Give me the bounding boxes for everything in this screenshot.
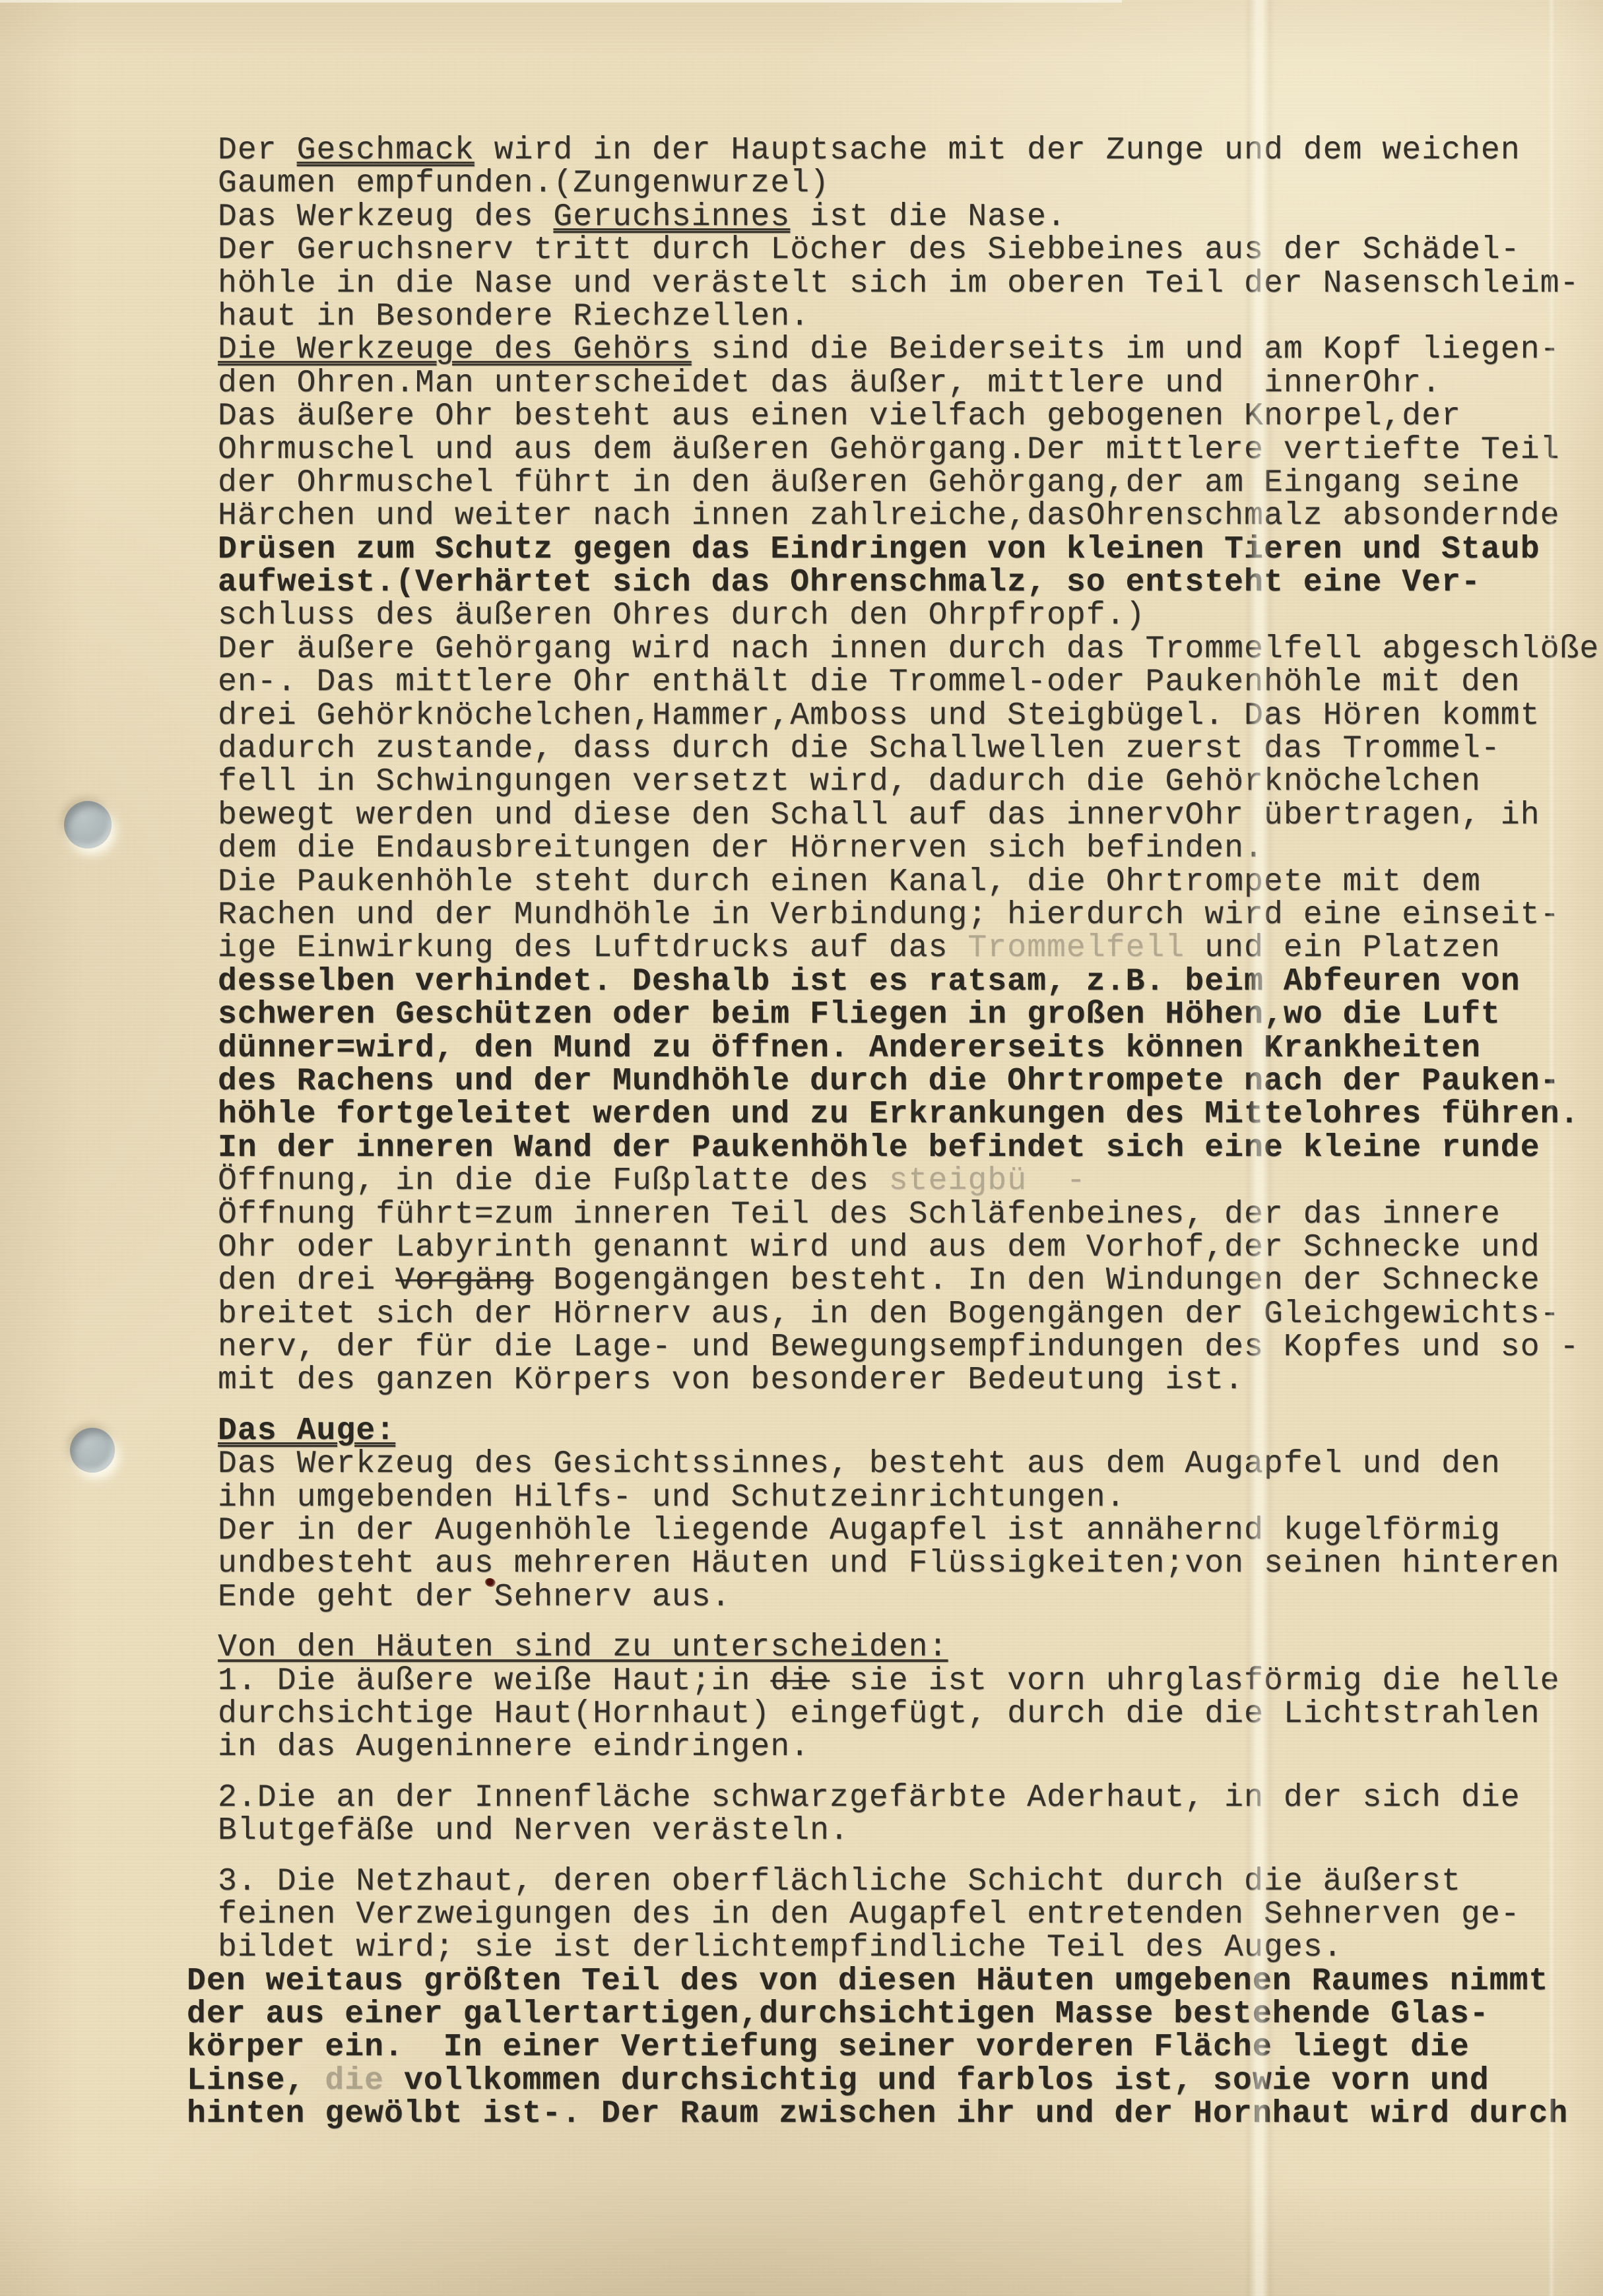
text-segment: Von den Häuten sind zu unterscheiden: [218,1630,948,1665]
text-line: Das Auge: [218,1415,1599,1448]
text-line: durchsichtige Haut(Hornhaut) eingefügt, … [218,1698,1599,1731]
text-line: der Ohrmuschel führt in den äußeren Gehö… [218,466,1599,499]
text-line: den Ohren.Man unterscheidet das äußer, m… [218,367,1599,400]
text-segment: 3. Die Netzhaut, deren oberflächliche Sc… [218,1864,1461,1899]
text-line: der aus einer gallertartigen,durchsichti… [187,1998,1599,2031]
text-line: Linse, die vollkommen durchsichtig und f… [187,2064,1599,2097]
text-line: dünner=wird, den Mund zu öffnen. Anderer… [218,1032,1599,1065]
text-segment: ige Einwirkung des Luftdrucks auf das [218,930,967,966]
paper-edge-highlight [0,0,1122,3]
text-line: ige Einwirkung des Luftdrucks auf das Tr… [218,932,1599,965]
typewritten-text: Der Geschmack wird in der Hauptsache mit… [218,134,1599,2131]
text-line: dadurch zustande, dass durch die Schallw… [218,732,1599,765]
text-segment: Das äußere Ohr besteht aus einen vielfac… [218,399,1461,434]
text-segment: in das Augeninnere eindringen. [218,1729,810,1765]
text-line: Die Werkzeuge des Gehörs sind die Beider… [218,333,1599,366]
text-line: Öffnung führt=zum inneren Teil des Schlä… [218,1198,1599,1231]
text-line: Der in der Augenhöhle liegende Augapfel … [218,1514,1599,1547]
text-segment: desselben verhindet. Deshalb ist es rats… [218,964,1521,1000]
text-segment: Rachen und der Mundhöhle in Verbindung; … [218,897,1560,933]
text-line: Öffnung, in die die Fußplatte des steigb… [218,1164,1599,1197]
text-segment: Ohrmuschel und aus dem äußeren Gehörgang… [218,432,1560,468]
text-line: Von den Häuten sind zu unterscheiden: [218,1631,1599,1664]
text-line: fell in Schwingungen versetzt wird, dadu… [218,765,1599,798]
text-segment: ihn umgebenden Hilfs- und Schutzeinricht… [218,1480,1126,1515]
text-segment: ist die Nase. [790,199,1066,235]
text-line: ihn umgebenden Hilfs- und Schutzeinricht… [218,1481,1599,1514]
text-segment: 2.Die an der Innenfläche schwarzgefärbte… [218,1780,1521,1816]
text-segment: Den weitaus größten Teil des von diesen … [187,1963,1548,1999]
text-segment: und ein Platzen [1185,930,1500,966]
text-segment: sie ist vorn uhrglasförmig die helle [830,1663,1559,1699]
text-segment: aufweist.(Verhärtet sich das Ohrenschmal… [218,565,1481,600]
text-segment: Öffnung, in die die Fußplatte des [218,1163,889,1199]
text-segment: haut in Besondere Riechzellen. [218,299,810,335]
text-line: bildet wird; sie ist derlichtempfindlich… [218,1931,1599,1964]
text-segment: Ohr oder Labyrinth genannt wird und aus … [218,1230,1540,1265]
text-line: undbesteht aus mehreren Häuten und Flüss… [218,1547,1599,1580]
text-segment: drei Gehörknöchelchen,Hammer,Amboss und … [218,698,1540,734]
text-segment: wird in der Hauptsache mit der Zunge und… [474,133,1521,168]
text-segment: Das Auge: [218,1413,395,1449]
text-line: Rachen und der Mundhöhle in Verbindung; … [218,899,1599,932]
text-line: desselben verhindet. Deshalb ist es rats… [218,965,1599,998]
text-segment: Der in der Augenhöhle liegende Augapfel … [218,1513,1501,1548]
text-segment: en-. Das mittlere Ohr enthält die Tromme… [218,664,1521,700]
text-line: hinten gewölbt ist-. Der Raum zwischen i… [187,2097,1599,2130]
text-line: Das äußere Ohr besteht aus einen vielfac… [218,400,1599,433]
text-line: Blutgefäße und Nerven verästeln. [218,1814,1599,1847]
text-segment: Der Geruchsnerv tritt durch Löcher des S… [218,232,1521,268]
text-line: Ende geht der Sehnerv aus. [218,1581,1599,1614]
text-segment: höhle in die Nase und verästelt sich im … [218,266,1579,302]
text-segment: Der äußere Gehörgang wird nach innen dur… [218,631,1599,667]
text-line: nerv, der für die Lage- und Bewegungsemp… [218,1331,1599,1364]
text-segment: körper ein. In einer Vertiefung seiner v… [187,2029,1470,2065]
text-line: Die Paukenhöhle steht durch einen Kanal,… [218,866,1599,899]
text-segment: schweren Geschützen oder beim Fliegen in… [218,997,1501,1033]
text-line: 3. Die Netzhaut, deren oberflächliche Sc… [218,1865,1599,1898]
text-segment: die [770,1663,830,1699]
text-segment: steigbü - [889,1163,1086,1199]
text-line: Das Werkzeug des Geruchsinnes ist die Na… [218,201,1599,234]
text-line: höhle in die Nase und verästelt sich im … [218,267,1599,300]
text-segment: Härchen und weiter nach innen zahlreiche… [218,498,1560,534]
text-segment: feinen Verzweigungen des in den Augapfel… [218,1897,1521,1932]
text-line: höhle fortgeleitet werden und zu Erkrank… [218,1098,1599,1131]
text-segment: Das Werkzeug des [218,199,553,235]
text-line: en-. Das mittlere Ohr enthält die Tromme… [218,666,1599,699]
text-segment: Linse, [187,2063,325,2099]
punch-hole [70,1428,115,1473]
text-line: bewegt werden und diese den Schall auf d… [218,799,1599,832]
text-segment: nerv, der für die Lage- und Bewegungsemp… [218,1329,1579,1365]
text-segment: dünner=wird, den Mund zu öffnen. Anderer… [218,1031,1481,1066]
text-segment: Vorgäng [395,1263,533,1298]
text-segment: Die Paukenhöhle steht durch einen Kanal,… [218,864,1481,900]
text-segment: der aus einer gallertartigen,durchsichti… [187,1996,1489,2032]
text-segment: die [325,2063,384,2099]
text-line: schluss des äußeren Ohres durch den Ohrp… [218,599,1599,632]
text-segment: In der inneren Wand der Paukenhöhle befi… [218,1130,1540,1166]
text-segment: bildet wird; sie ist derlichtempfindlich… [218,1930,1343,1965]
text-line: haut in Besondere Riechzellen. [218,300,1599,333]
text-line: Ohr oder Labyrinth genannt wird und aus … [218,1231,1599,1264]
blank-line [218,1848,1599,1865]
text-segment: den Ohren.Man unterscheidet das äußer, m… [218,366,1441,401]
text-segment: bewegt werden und diese den Schall auf d… [218,798,1540,833]
text-line: In der inneren Wand der Paukenhöhle befi… [218,1132,1599,1164]
text-line: feinen Verzweigungen des in den Augapfel… [218,1898,1599,1931]
text-segment: Öffnung führt=zum inneren Teil des Schlä… [218,1197,1501,1232]
text-segment: undbesteht aus mehreren Häuten und Flüss… [218,1546,1560,1581]
text-segment: Geruchsinnes [553,199,790,235]
punch-hole [64,801,112,848]
text-segment: breitet sich der Hörnerv aus, in den Bog… [218,1296,1560,1332]
text-segment: Das Werkzeug des Gesichtssinnes, besteht… [218,1446,1501,1482]
blank-line [218,1614,1599,1631]
text-line: mit des ganzen Körpers von besonderer Be… [218,1364,1599,1397]
text-segment: durchsichtige Haut(Hornhaut) eingefügt, … [218,1696,1540,1732]
text-line: körper ein. In einer Vertiefung seiner v… [187,2031,1599,2064]
text-line: den drei Vorgäng Bogengängen besteht. In… [218,1264,1599,1297]
blank-line [218,1397,1599,1415]
text-line: in das Augeninnere eindringen. [218,1731,1599,1764]
text-line: drei Gehörknöchelchen,Hammer,Amboss und … [218,699,1599,732]
text-segment: den drei [218,1263,395,1298]
text-line: dem die Endausbreitungen der Hörnerven s… [218,832,1599,865]
text-segment: schluss des äußeren Ohres durch den Ohrp… [218,598,1146,633]
text-line: Ohrmuschel und aus dem äußeren Gehörgang… [218,433,1599,466]
text-line: Der Geschmack wird in der Hauptsache mit… [218,134,1599,167]
text-segment: dem die Endausbreitungen der Hörnerven s… [218,831,1264,866]
text-segment: Blutgefäße und Nerven verästeln. [218,1813,849,1849]
text-segment: Geschmack [297,133,474,168]
text-line: Das Werkzeug des Gesichtssinnes, besteht… [218,1448,1599,1481]
text-segment: Die Werkzeuge des Gehörs [218,332,692,367]
text-line: Der Geruchsnerv tritt durch Löcher des S… [218,234,1599,267]
text-segment: Drüsen zum Schutz gegen das Eindringen v… [218,532,1540,567]
text-line: schweren Geschützen oder beim Fliegen in… [218,998,1599,1031]
text-line: des Rachens und der Mundhöhle durch die … [218,1065,1599,1098]
text-segment: fell in Schwingungen versetzt wird, dadu… [218,764,1481,800]
text-line: Drüsen zum Schutz gegen das Eindringen v… [218,533,1599,566]
text-segment: Ende geht der Sehnerv aus. [218,1579,731,1615]
text-line: 1. Die äußere weiße Haut;in die sie ist … [218,1665,1599,1698]
text-line: Den weitaus größten Teil des von diesen … [187,1965,1599,1998]
text-segment: hinten gewölbt ist-. Der Raum zwischen i… [187,2096,1568,2132]
text-segment: des Rachens und der Mundhöhle durch die … [218,1064,1560,1099]
text-segment: Trommelfell [967,930,1185,966]
text-line: aufweist.(Verhärtet sich das Ohrenschmal… [218,566,1599,599]
text-segment: mit des ganzen Körpers von besonderer Be… [218,1362,1244,1398]
blank-line [218,1764,1599,1781]
text-line: 2.Die an der Innenfläche schwarzgefärbte… [218,1781,1599,1814]
text-segment: Gaumen empfunden.(Zungenwurzel) [218,166,830,201]
text-segment: Der [218,133,297,168]
text-segment: höhle fortgeleitet werden und zu Erkrank… [218,1097,1579,1132]
text-segment: sind die Beiderseits im und am Kopf lieg… [692,332,1560,367]
text-segment: dadurch zustande, dass durch die Schallw… [218,731,1501,767]
text-segment: vollkommen durchsichtig und farblos ist,… [384,2063,1489,2099]
text-segment: der Ohrmuschel führt in den äußeren Gehö… [218,465,1521,501]
text-line: Härchen und weiter nach innen zahlreiche… [218,499,1599,532]
text-line: breitet sich der Hörnerv aus, in den Bog… [218,1298,1599,1331]
text-line: Der äußere Gehörgang wird nach innen dur… [218,633,1599,666]
text-line: Gaumen empfunden.(Zungenwurzel) [218,167,1599,200]
text-segment: Bogengängen besteht. In den Windungen de… [534,1263,1540,1298]
scanned-page: Der Geschmack wird in der Hauptsache mit… [0,0,1603,2296]
text-segment: 1. Die äußere weiße Haut;in [218,1663,770,1699]
